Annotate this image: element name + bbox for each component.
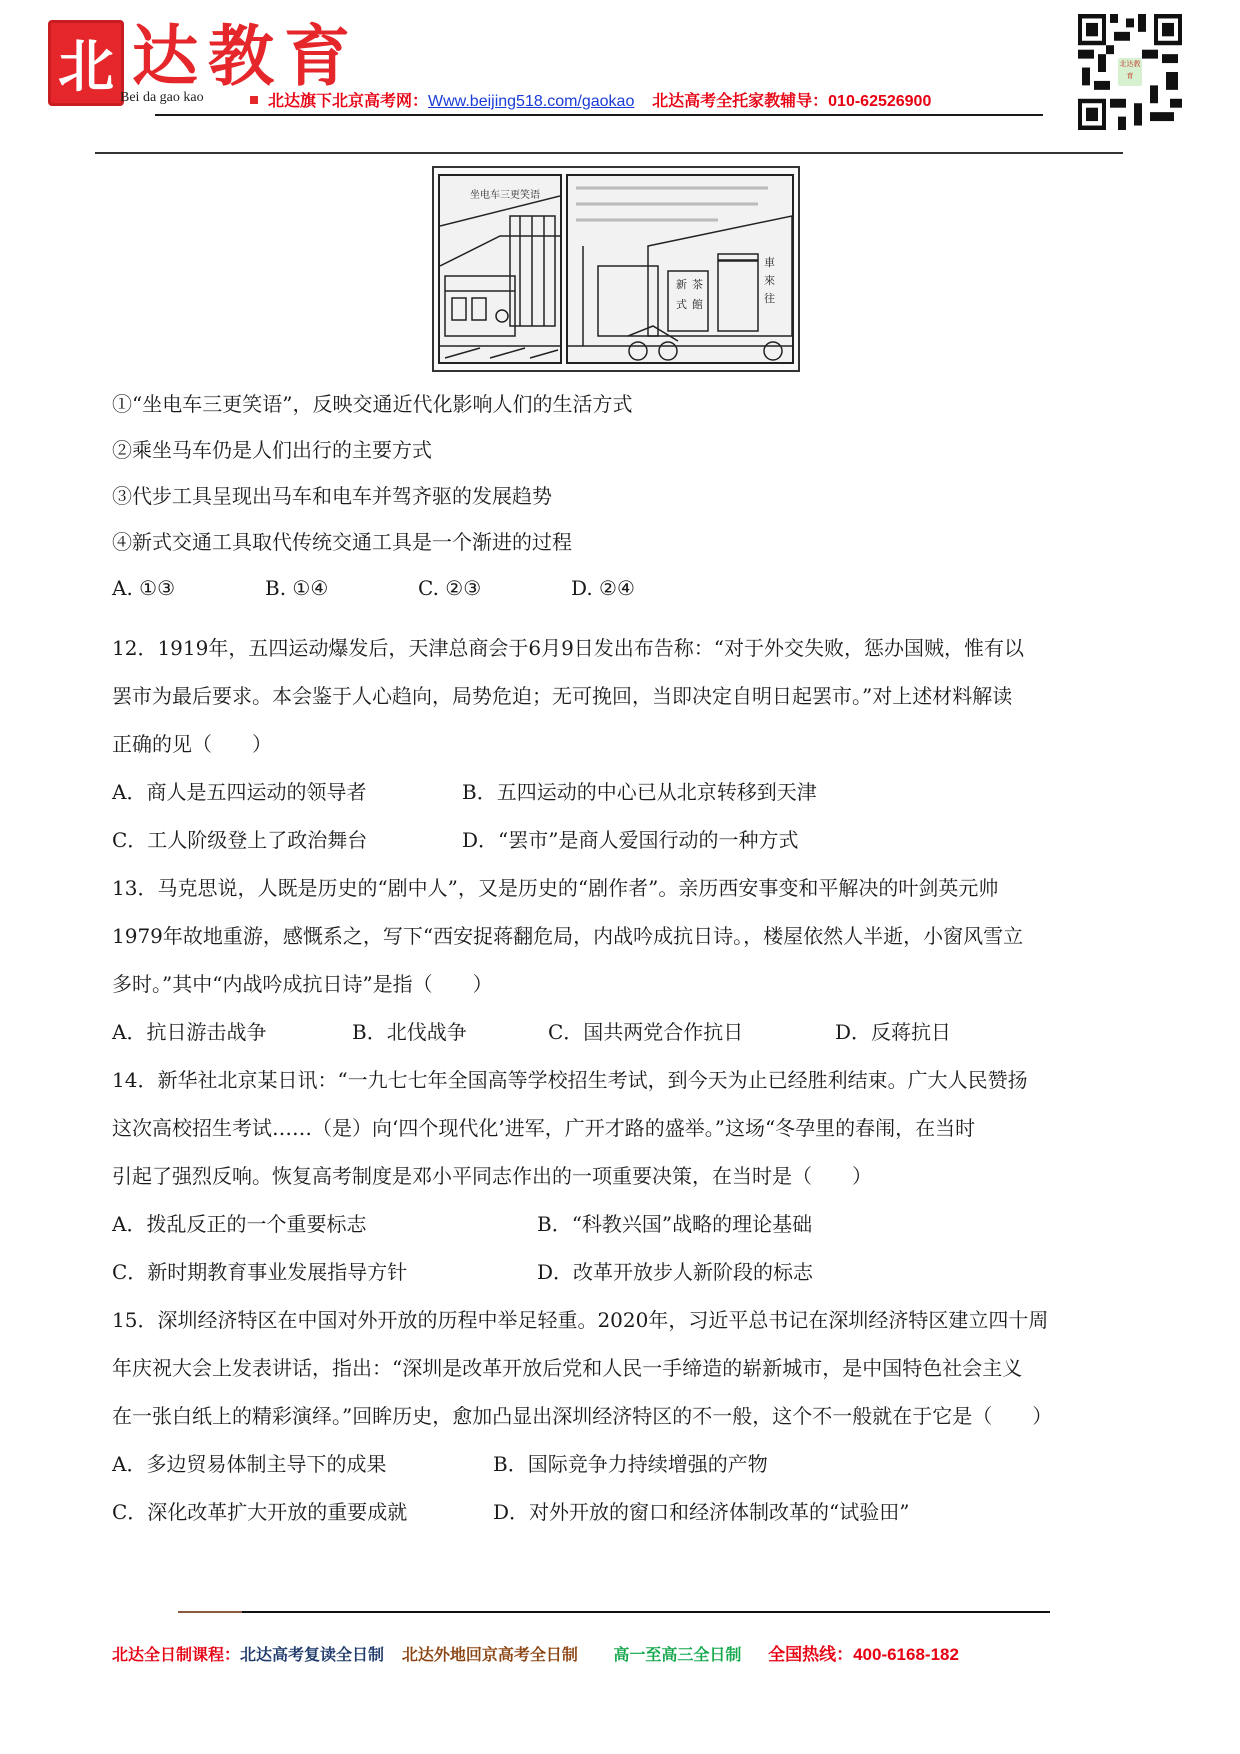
q14-option-d: D．改革开放步人新阶段的标志 xyxy=(537,1258,813,1286)
q14-stem-line-3: 引起了强烈反响。恢复高考制度是邓小平同志作出的一项重要决策，在当时是（ ） xyxy=(112,1162,872,1190)
site-link[interactable]: Www.beijing518.com/gaokao xyxy=(428,93,634,110)
q12-option-a: A．商人是五四运动的领导者 xyxy=(112,778,366,806)
q14-option-a: A．拨乱反正的一个重要标志 xyxy=(112,1210,366,1238)
q11-statement-1: ①“坐电车三更笑语”，反映交通近代化影响人们的生活方式 xyxy=(112,390,632,418)
footer-hotline: 全国热线：400-6168-182 xyxy=(768,1645,959,1664)
svg-text:來: 來 xyxy=(764,273,775,287)
footer-promo: 北达全日制课程：北达高考复读全日制 北达外地回京高考全日制 高一至高三全日制 全… xyxy=(112,1640,959,1665)
q15-option-b: B．国际竞争力持续增强的产物 xyxy=(493,1450,768,1478)
q15-option-d: D．对外开放的窗口和经济体制改革的“试验田” xyxy=(493,1498,909,1526)
carriage-street-drawing: 新茶式館 車來往 xyxy=(568,176,792,362)
logo-text: 达教育 xyxy=(132,18,360,94)
svg-text:式: 式 xyxy=(676,297,687,311)
logo-subtitle: Bei da gao kao xyxy=(120,90,204,106)
q12-option-c: C．工人阶级登上了政治舞台 xyxy=(112,826,367,854)
q11-option-c: C. ②③ xyxy=(418,574,481,602)
footer-course-repeat: 北达高考复读全日制 xyxy=(240,1647,384,1664)
svg-text:往: 往 xyxy=(764,292,775,305)
svg-text:館: 館 xyxy=(692,297,703,311)
historical-illustration: 坐电车三更笑语 新茶式館 車來往 xyxy=(432,166,800,372)
q12-stem-line-3: 正确的见（ ） xyxy=(112,730,272,758)
page-top-rule xyxy=(95,152,1123,154)
svg-text:車: 車 xyxy=(764,255,775,269)
q13-option-d: D．反蒋抗日 xyxy=(835,1018,951,1046)
site-label: 北达旗下北京高考网： xyxy=(268,93,428,110)
q15-option-c: C．深化改革扩大开放的重要成就 xyxy=(112,1498,407,1526)
q13-stem-line-2: 1979年故地重游，感慨系之，写下“西安捉蒋翻危局，内战吟成抗日诗。，楼屋依然人… xyxy=(112,922,1023,950)
footer-course-highschool: 高一至高三全日制 xyxy=(613,1647,741,1664)
footer-rule-accent xyxy=(178,1611,242,1613)
footer-course-return: 北达外地回京高考全日制 xyxy=(402,1647,578,1664)
q11-option-b: B. ①④ xyxy=(265,574,328,602)
q11-option-a: A. ①③ xyxy=(112,574,175,602)
tram-street-drawing: 坐电车三更笑语 xyxy=(440,176,560,362)
q12-stem-line-2: 罢市为最后要求。本会鉴于人心趋向，局势危迫；无可挽回，当即决定自明日起罢市。”对… xyxy=(112,682,1012,710)
q13-stem-line-3: 多时。”其中“内战吟成抗日诗”是指（ ） xyxy=(112,970,493,998)
illustration-panel-tram: 坐电车三更笑语 xyxy=(438,174,562,364)
qr-center-logo: 北达教育 xyxy=(1118,58,1142,86)
logo-seal: 北 xyxy=(48,20,124,106)
q15-stem-line-2: 年庆祝大会上发表讲话，指出：“深圳是改革开放后党和人民一手缔造的崭新城市，是中国… xyxy=(112,1354,1022,1382)
q12-option-b: B．五四运动的中心已从北京转移到天津 xyxy=(462,778,817,806)
q15-option-a: A．多边贸易体制主导下的成果 xyxy=(112,1450,386,1478)
q14-stem-line-1: 14．新华社北京某日讯：“一九七七年全国高等学校招生考试，到今天为止已经胜利结束… xyxy=(112,1066,1028,1094)
q13-stem-line-1: 13．马克思说，人既是历史的“剧中人”，又是历史的“剧作者”。亲历西安事变和平解… xyxy=(112,874,998,902)
q14-option-c: C．新时期教育事业发展指导方针 xyxy=(112,1258,407,1286)
q12-stem-line-1: 12．1919年，五四运动爆发后，天津总商会于6月9日发出布告称：“对于外交失败… xyxy=(112,634,1024,662)
header-contact-line: 北达旗下北京高考网：Www.beijing518.com/gaokao 北达高考… xyxy=(268,88,931,111)
q15-stem-line-3: 在一张白纸上的精彩演绎。”回眸历史，愈加凸显出深圳经济特区的不一般，这个不一般就… xyxy=(112,1402,1052,1430)
svg-text:茶: 茶 xyxy=(692,277,703,291)
q13-option-b: B．北伐战争 xyxy=(352,1018,467,1046)
svg-text:坐电车三更笑语: 坐电车三更笑语 xyxy=(470,188,540,201)
footer-courses-label: 北达全日制课程： xyxy=(112,1647,240,1664)
svg-text:新: 新 xyxy=(676,278,687,291)
q11-statement-3: ③代步工具呈现出马车和电车并驾齐驱的发展趋势 xyxy=(112,482,552,510)
q14-stem-line-2: 这次高校招生考试……（是）向‘四个现代化’进军，广开才路的盛举。”这场“冬孕里的… xyxy=(112,1114,975,1142)
footer-rule xyxy=(242,1611,1050,1613)
q14-option-b: B．“科教兴国”战略的理论基础 xyxy=(537,1210,812,1238)
bullet-square-icon xyxy=(250,96,258,104)
illustration-panel-street: 新茶式館 車來往 xyxy=(566,174,794,364)
header-rule xyxy=(155,114,1043,116)
q13-option-c: C．国共两党合作抗日 xyxy=(548,1018,743,1046)
q12-option-d: D．“罢市”是商人爱国行动的一种方式 xyxy=(462,826,798,854)
tutoring-hotline: 北达高考全托家教辅导：010-62526900 xyxy=(652,93,931,110)
qr-code-icon: 北达教育 xyxy=(1078,14,1182,130)
q13-option-a: A．抗日游击战争 xyxy=(112,1018,266,1046)
q11-statement-2: ②乘坐马车仍是人们出行的主要方式 xyxy=(112,436,432,464)
q15-stem-line-1: 15．深圳经济特区在中国对外开放的历程中举足轻重。2020年，习近平总书记在深圳… xyxy=(112,1306,1048,1334)
logo-seal-char: 北 xyxy=(58,23,114,103)
q11-option-d: D. ②④ xyxy=(571,574,635,602)
q11-statement-4: ④新式交通工具取代传统交通工具是一个渐进的过程 xyxy=(112,528,572,556)
